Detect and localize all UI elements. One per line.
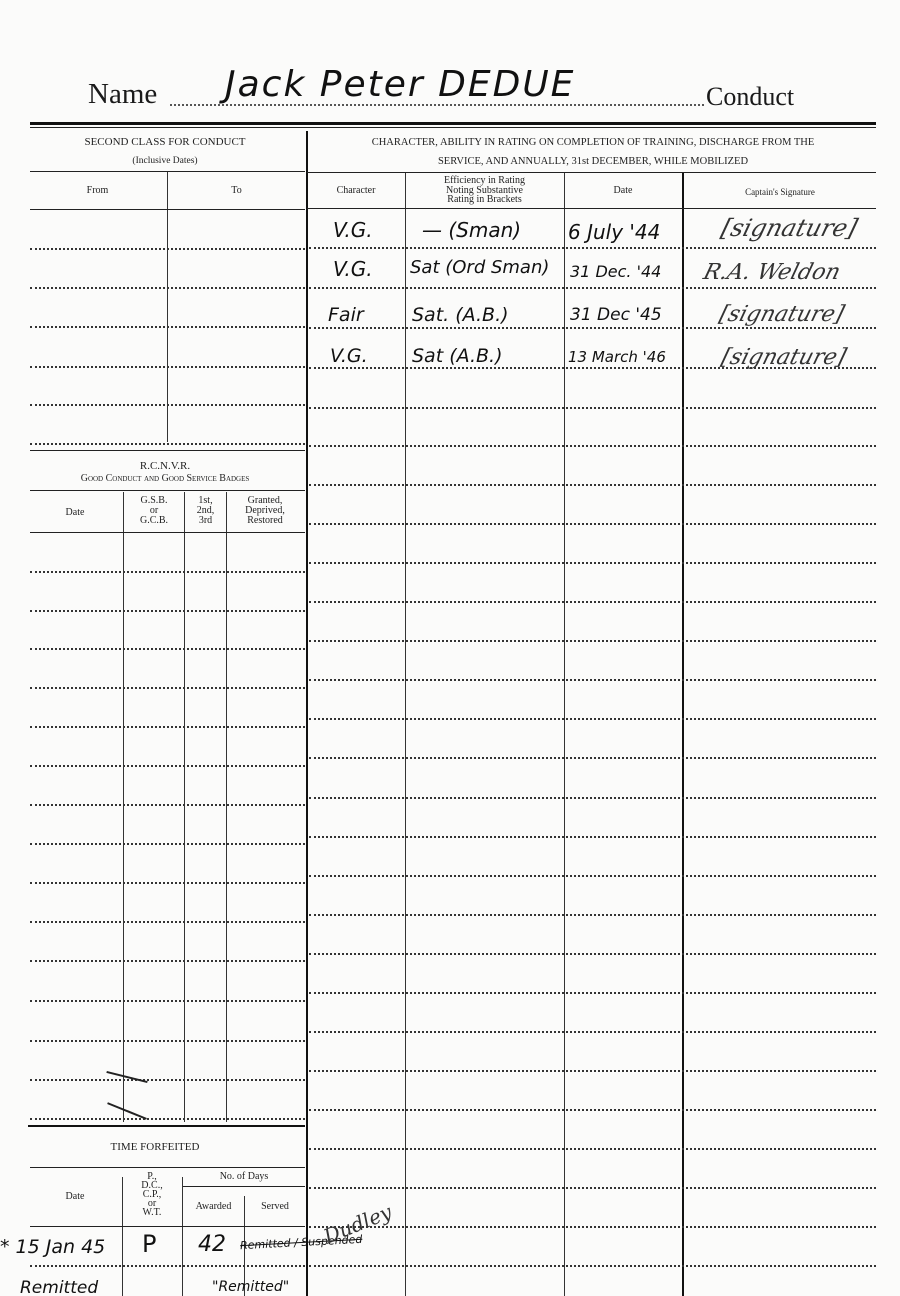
row-efficiency: Sat (Ord Sman) [410,257,549,278]
row-line [30,726,305,728]
row-line [309,484,876,486]
row-line [30,804,305,806]
tf-type: P [142,1230,156,1258]
row-date: 13 March '46 [568,348,666,366]
badges-header-gsb: G.S.B. or G.C.B. [124,496,184,526]
row-date: 31 Dec. '44 [570,262,661,281]
row-line [309,992,876,994]
row-line [309,1226,876,1228]
row-line [30,443,305,445]
column-header-to: To [169,186,304,196]
tf-header-rule [30,1226,305,1227]
row-line [30,1079,305,1081]
row-line [30,610,305,612]
header-signature: Captain's Signature [684,187,876,197]
row-character: V.G. [330,345,368,367]
second-class-header-rule [30,209,305,210]
row-line [309,1148,876,1150]
tf-date: * 15 Jan 45 [0,1236,105,1258]
row-character: V.G. [333,257,373,281]
header-date: Date [565,186,681,196]
row-line [309,327,876,329]
row-line [30,571,305,573]
character-rule [307,172,876,173]
row-line [309,287,876,289]
type-line5: W.T. [123,1208,181,1217]
badges-col-divider-2 [184,492,185,1122]
header-efficiency: Efficiency in Rating Noting Substantive … [406,176,563,205]
row-efficiency: Sat (A.B.) [412,345,502,367]
badges-header-status: Granted, Deprived, Restored [227,496,303,526]
row-line [309,1265,876,1267]
row-line [309,1187,876,1189]
row-line [309,367,876,369]
row-date: 6 July '44 [568,220,660,244]
badges-header-order: 1st, 2nd, 3rd [185,496,226,526]
row-line [30,1040,305,1042]
row-line [30,404,305,406]
row-line [30,248,305,250]
row-line [309,1031,876,1033]
row-line [309,1070,876,1072]
col-divider-date [564,173,565,1296]
tf-partial-note: "Remitted" [212,1279,289,1295]
badges-col-divider-1 [123,492,124,1122]
col-divider-efficiency [405,173,406,1296]
top-rule-inner [30,127,876,128]
row-line [30,960,305,962]
row-line [309,1109,876,1111]
row-line [30,1265,305,1267]
row-character: V.G. [333,218,373,242]
character-header-rule [307,208,876,209]
row-line [309,247,876,249]
row-line [309,445,876,447]
badges-header-date: Date [30,508,120,518]
tf-header-served: Served [245,1202,305,1212]
row-line [309,601,876,603]
status-line3: Restored [227,516,303,526]
badges-col-divider-3 [226,492,227,1122]
time-forfeited-title: TIME FORFEITED [30,1142,280,1152]
order-line3: 3rd [185,516,226,526]
row-signature: R.A. Weldon [701,260,844,285]
row-line [309,640,876,642]
badges-bottom-rule [28,1125,305,1127]
row-line [30,882,305,884]
badges-header-rule [30,532,305,533]
second-class-title: SECOND CLASS FOR CONDUCT [30,137,300,147]
row-line [30,648,305,650]
main-divider [306,131,308,1296]
row-line [30,1118,305,1120]
tf-partial-date: Remitted [20,1278,98,1296]
second-class-subtitle: (Inclusive Dates) [30,156,300,166]
row-line [30,765,305,767]
row-date: 31 Dec '45 [570,305,662,325]
section-title: Conduct [706,82,794,112]
name-label: Name [88,78,157,111]
row-line [30,326,305,328]
tf-col-divider-2 [182,1177,183,1296]
row-line [30,921,305,923]
row-line [30,366,305,368]
pen-stroke [106,1071,147,1083]
row-line [30,287,305,289]
tf-header-type: P., D.C., C.P., or W.T. [123,1172,181,1217]
header-character: Character [308,186,404,196]
row-line [309,718,876,720]
from-to-divider [167,172,168,442]
tf-header-date: Date [30,1192,120,1202]
row-line [309,679,876,681]
row-line [30,1000,305,1002]
badges-title: Good Conduct and Good Service Badges [30,474,300,484]
time-forfeited-rule [30,1167,305,1168]
tf-header-awarded: Awarded [183,1202,244,1212]
column-header-from: From [30,186,165,196]
tf-awarded: 42 [198,1232,226,1257]
row-line [309,523,876,525]
row-line [309,836,876,838]
row-signature: [signature] [718,214,860,242]
row-line [309,407,876,409]
row-line [30,687,305,689]
badges-rule [30,490,305,491]
top-rule [30,122,876,125]
tf-header-days: No. of Days [183,1172,305,1182]
row-character: Fair [328,304,364,326]
row-line [30,843,305,845]
row-efficiency: Sat. (A.B.) [412,304,509,326]
tf-days-rule [183,1186,305,1187]
row-line [309,875,876,877]
row-line [309,797,876,799]
row-signature: [signature] [717,302,847,327]
row-efficiency: — (Sman) [422,218,521,242]
row-line [309,562,876,564]
col-divider-signature [682,173,684,1296]
row-line [309,953,876,955]
second-class-bottom-rule [30,450,305,451]
badges-org: R.C.N.V.R. [30,461,300,471]
gsb-line3: G.C.B. [124,516,184,526]
row-line [309,757,876,759]
character-title-line2: SERVICE, AND ANNUALLY, 31st DECEMBER, WH… [310,157,876,167]
efficiency-line3: Rating in Brackets [406,195,563,205]
row-line [309,914,876,916]
name-value: Jack Peter DEDUE [225,64,575,105]
character-title-line1: CHARACTER, ABILITY IN RATING ON COMPLETI… [310,138,876,148]
